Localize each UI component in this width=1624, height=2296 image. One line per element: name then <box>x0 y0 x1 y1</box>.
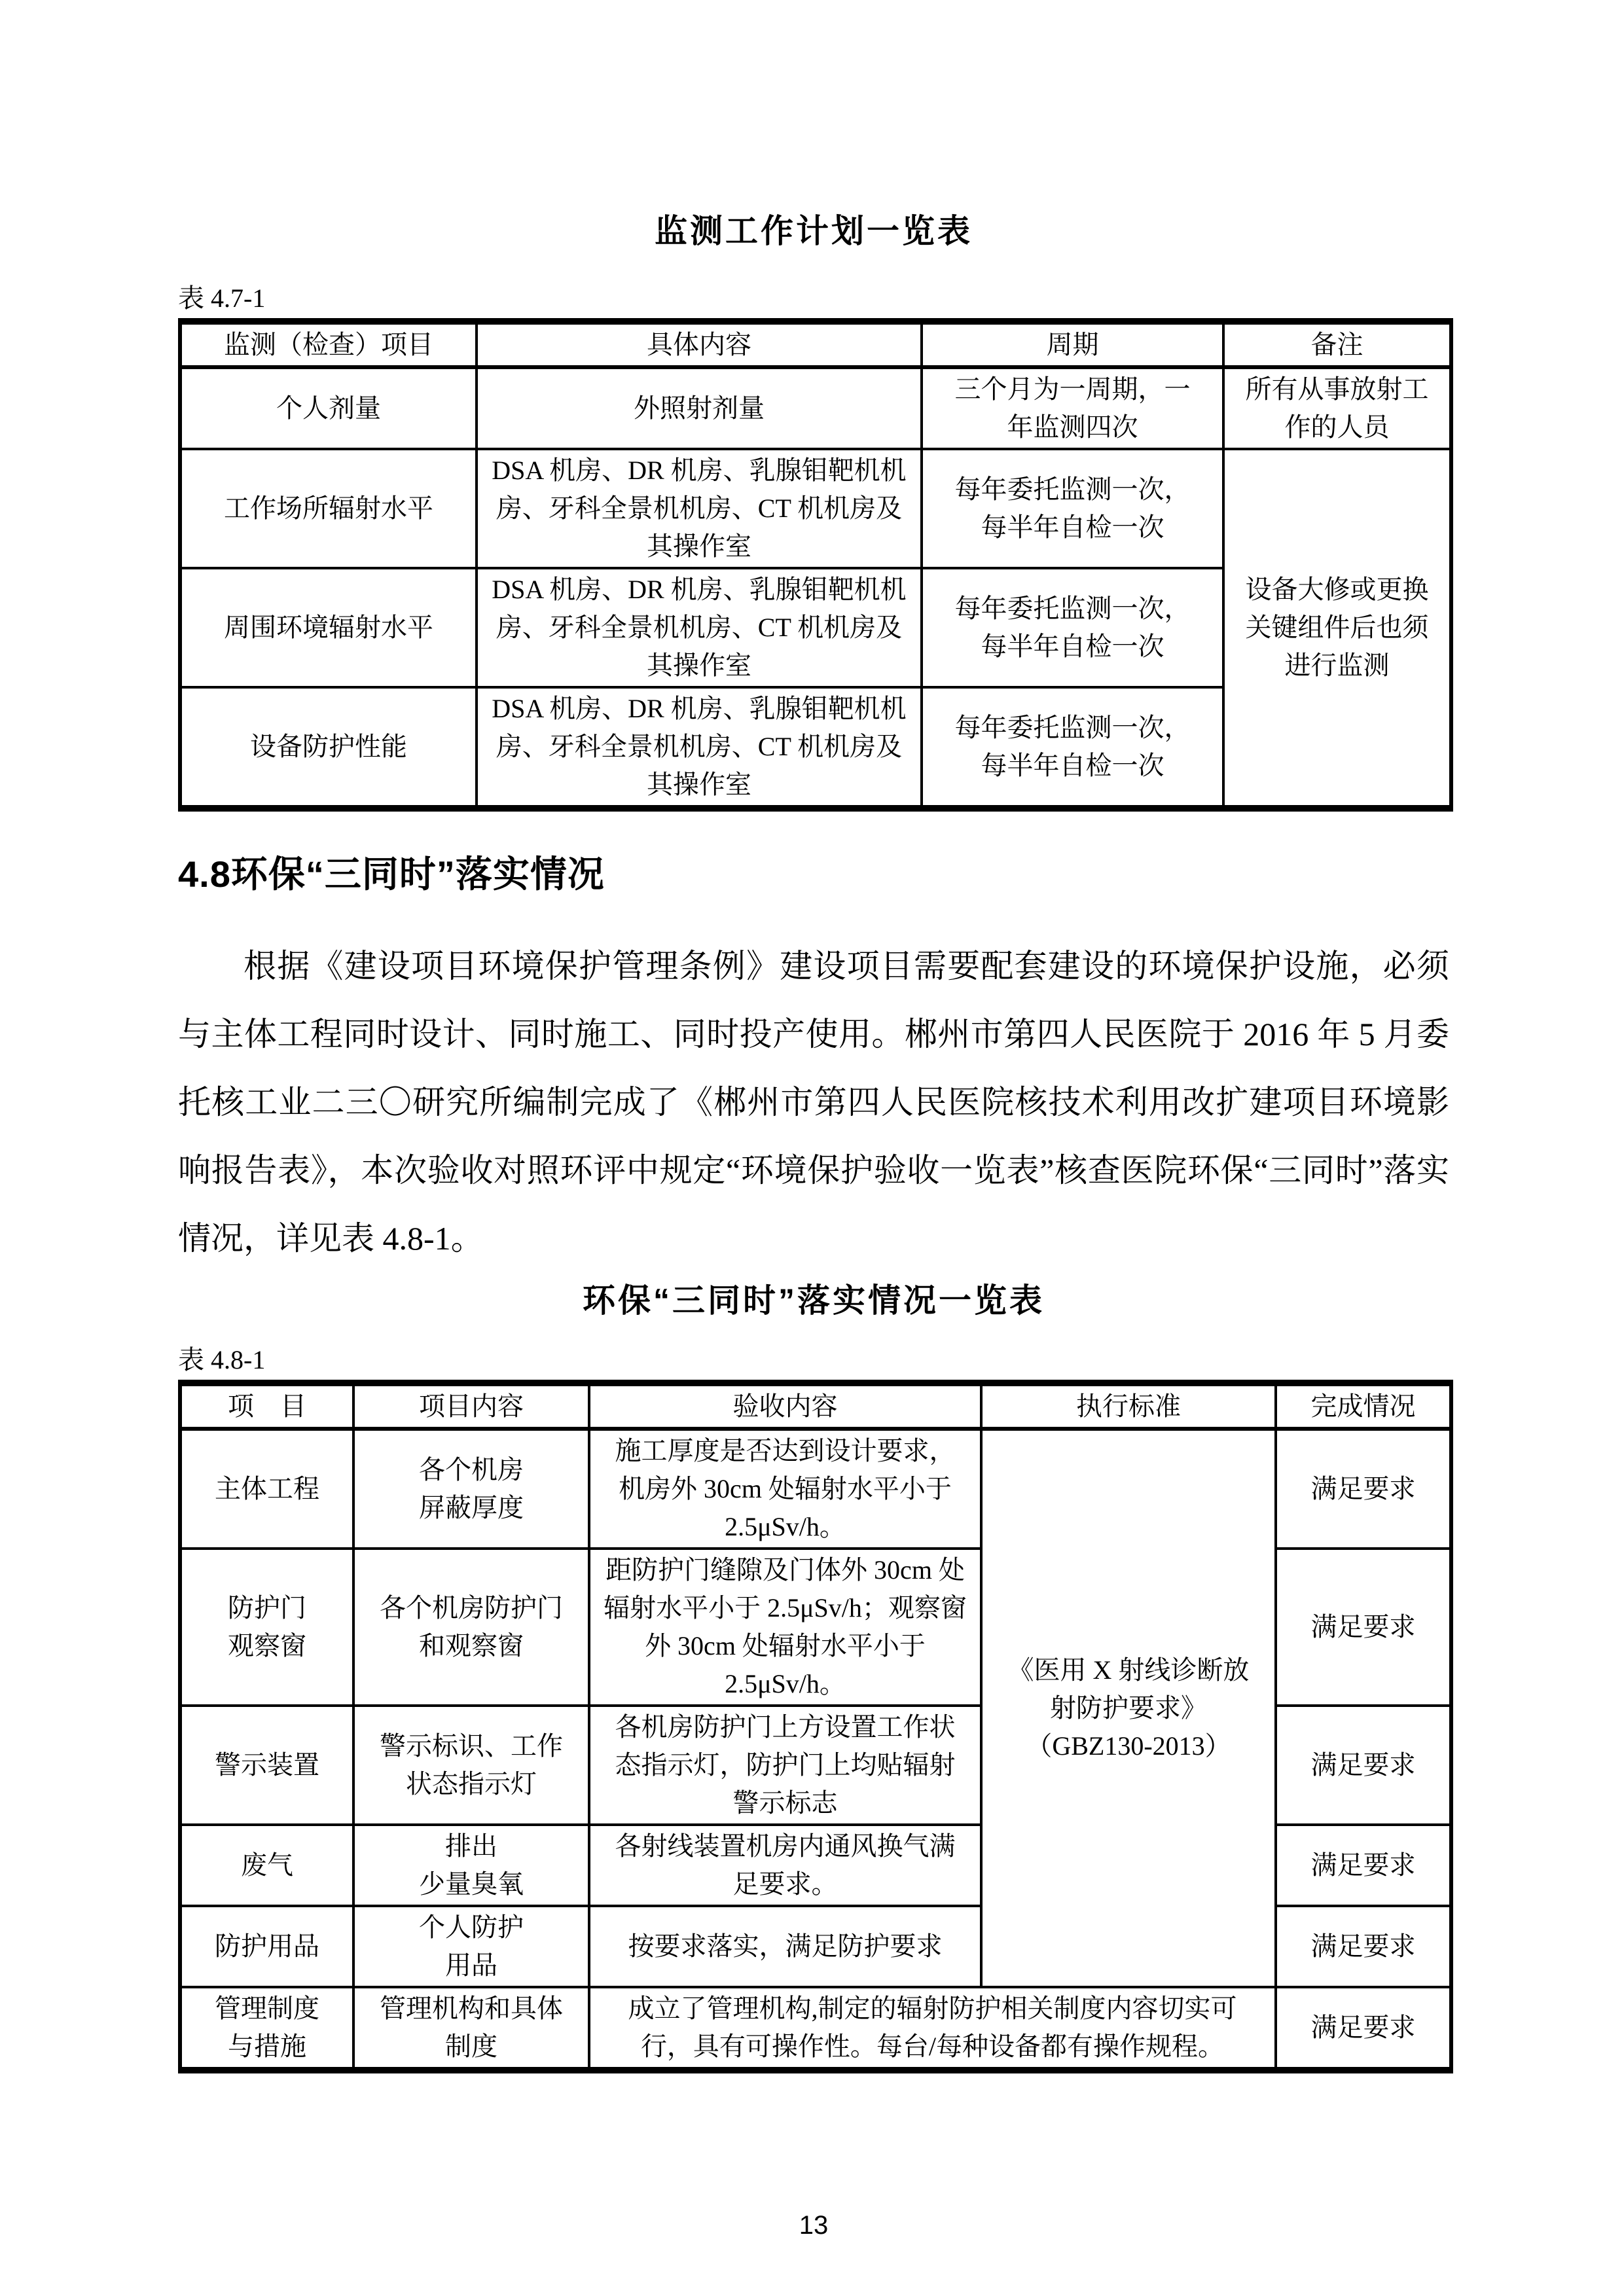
acceptance-status-table: 项 目 项目内容 验收内容 执行标准 完成情况 主体工程 各个机房 屏蔽厚度 施… <box>178 1380 1453 2073</box>
column-header-content: 具体内容 <box>477 321 922 367</box>
cell-remark: 所有从事放射工作的人员 <box>1223 367 1451 449</box>
column-header-acceptance-content: 验收内容 <box>589 1383 981 1429</box>
cell-completion: 满足要求 <box>1276 1429 1451 1549</box>
column-header-period: 周期 <box>922 321 1223 367</box>
table-row: 主体工程 各个机房 屏蔽厚度 施工厚度是否达到设计要求，机房外 30cm 处辐射… <box>180 1429 1451 1549</box>
acceptance-table-title: 环保“三同时”落实情况一览表 <box>178 1283 1449 1318</box>
cell-acceptance-wide: 成立了管理机构,制定的辐射防护相关制度内容切实可行，具有可操作性。每台/每种设备… <box>589 1987 1276 2070</box>
cell-project-content: 各个机房 屏蔽厚度 <box>353 1429 589 1549</box>
column-header-remark: 备注 <box>1223 321 1451 367</box>
cell-project: 管理制度 与措施 <box>180 1987 353 2070</box>
cell-item: 周围环境辐射水平 <box>180 568 477 687</box>
cell-project-content: 管理机构和具体 制度 <box>353 1987 589 2070</box>
cell-completion: 满足要求 <box>1276 1825 1451 1906</box>
cell-project: 主体工程 <box>180 1429 353 1549</box>
table-header-row: 项 目 项目内容 验收内容 执行标准 完成情况 <box>180 1383 1451 1429</box>
column-header-item: 监测（检查）项目 <box>180 321 477 367</box>
acceptance-table-caption: 表 4.8-1 <box>178 1346 1449 1374</box>
column-header-project: 项 目 <box>180 1383 353 1429</box>
document-page: 监测工作计划一览表 表 4.7-1 监测（检查）项目 具体内容 周期 备注 个人… <box>0 0 1624 2296</box>
cell-period: 每年委托监测一次，每半年自检一次 <box>922 568 1223 687</box>
cell-acceptance: 按要求落实，满足防护要求 <box>589 1906 981 1987</box>
cell-project: 防护用品 <box>180 1906 353 1987</box>
section-heading-4-8: 4.8环保“三同时”落实情况 <box>178 853 1449 895</box>
cell-content: 外照射剂量 <box>477 367 922 449</box>
column-header-project-content: 项目内容 <box>353 1383 589 1429</box>
cell-acceptance: 施工厚度是否达到设计要求，机房外 30cm 处辐射水平小于 2.5μSv/h。 <box>589 1429 981 1549</box>
column-header-standard: 执行标准 <box>981 1383 1276 1429</box>
cell-period: 每年委托监测一次，每半年自检一次 <box>922 449 1223 568</box>
cell-project: 防护门 观察窗 <box>180 1549 353 1706</box>
cell-acceptance: 各机房防护门上方设置工作状态指示灯，防护门上均贴辐射警示标志 <box>589 1706 981 1825</box>
monitoring-table-caption: 表 4.7-1 <box>178 284 1449 313</box>
cell-completion: 满足要求 <box>1276 1906 1451 1987</box>
cell-acceptance: 各射线装置机房内通风换气满足要求。 <box>589 1825 981 1906</box>
cell-remark-merged: 设备大修或更换关键组件后也须进行监测 <box>1223 449 1451 808</box>
cell-project-content: 警示标识、工作 状态指示灯 <box>353 1706 589 1825</box>
cell-project-content: 各个机房防护门 和观察窗 <box>353 1549 589 1706</box>
cell-project-content: 排出 少量臭氧 <box>353 1825 589 1906</box>
cell-completion: 满足要求 <box>1276 1987 1451 2070</box>
cell-item: 工作场所辐射水平 <box>180 449 477 568</box>
cell-project: 警示装置 <box>180 1706 353 1825</box>
cell-content: DSA 机房、DR 机房、乳腺钼靶机机房、牙科全景机机房、CT 机机房及其操作室 <box>477 449 922 568</box>
body-paragraph: 根据《建设项目环境保护管理条例》建设项目需要配套建设的环境保护设施，必须与主体工… <box>178 932 1449 1272</box>
page-number: 13 <box>178 2211 1449 2240</box>
cell-content: DSA 机房、DR 机房、乳腺钼靶机机房、牙科全景机机房、CT 机机房及其操作室 <box>477 687 922 808</box>
cell-period: 三个月为一周期，一年监测四次 <box>922 367 1223 449</box>
table-row: 个人剂量 外照射剂量 三个月为一周期，一年监测四次 所有从事放射工作的人员 <box>180 367 1451 449</box>
monitoring-plan-table: 监测（检查）项目 具体内容 周期 备注 个人剂量 外照射剂量 三个月为一周期，一… <box>178 318 1453 812</box>
page-content: 监测工作计划一览表 表 4.7-1 监测（检查）项目 具体内容 周期 备注 个人… <box>178 0 1449 2240</box>
cell-content: DSA 机房、DR 机房、乳腺钼靶机机房、牙科全景机机房、CT 机机房及其操作室 <box>477 568 922 687</box>
cell-project: 废气 <box>180 1825 353 1906</box>
cell-standard-merged: 《医用 X 射线诊断放射防护要求》 （GBZ130-2013） <box>981 1429 1276 1987</box>
table-header-row: 监测（检查）项目 具体内容 周期 备注 <box>180 321 1451 367</box>
table-row: 管理制度 与措施 管理机构和具体 制度 成立了管理机构,制定的辐射防护相关制度内… <box>180 1987 1451 2070</box>
cell-completion: 满足要求 <box>1276 1706 1451 1825</box>
monitoring-table-title: 监测工作计划一览表 <box>178 213 1449 249</box>
cell-acceptance: 距防护门缝隙及门体外 30cm 处辐射水平小于 2.5μSv/h；观察窗外 30… <box>589 1549 981 1706</box>
table-row: 工作场所辐射水平 DSA 机房、DR 机房、乳腺钼靶机机房、牙科全景机机房、CT… <box>180 449 1451 568</box>
cell-item: 个人剂量 <box>180 367 477 449</box>
cell-project-content: 个人防护 用品 <box>353 1906 589 1987</box>
cell-period: 每年委托监测一次，每半年自检一次 <box>922 687 1223 808</box>
cell-item: 设备防护性能 <box>180 687 477 808</box>
column-header-completion: 完成情况 <box>1276 1383 1451 1429</box>
cell-completion: 满足要求 <box>1276 1549 1451 1706</box>
